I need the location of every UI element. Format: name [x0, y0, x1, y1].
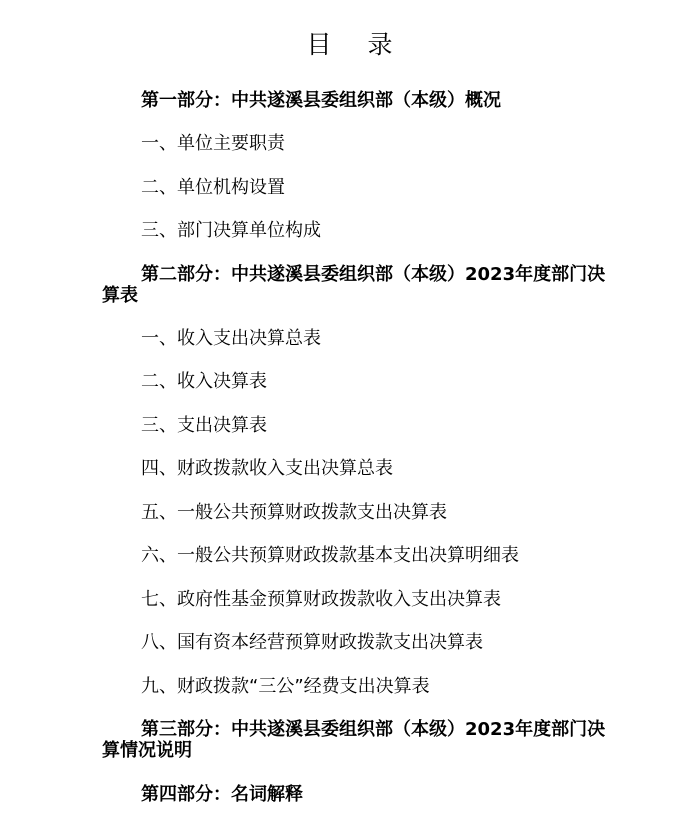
part-4-heading[interactable]: 第四部分：名词解释 [102, 784, 622, 806]
part-2-item-2[interactable]: 二、收入决算表 [141, 371, 661, 393]
part-3-heading[interactable]: 第三部分：中共遂溪县委组织部（本级）2023年度部门决算情况说明 [102, 719, 622, 761]
part-2-item-7[interactable]: 七、政府性基金预算财政拨款收入支出决算表 [141, 589, 661, 611]
part-2-item-4[interactable]: 四、财政拨款收入支出决算总表 [141, 458, 661, 480]
part-1-item-1[interactable]: 一、单位主要职责 [141, 133, 661, 155]
part-1-heading[interactable]: 第一部分：中共遂溪县委组织部（本级）概况 [102, 90, 622, 112]
part-2-item-3[interactable]: 三、支出决算表 [141, 415, 661, 437]
part-2-item-8[interactable]: 八、国有资本经营预算财政拨款支出决算表 [141, 632, 661, 654]
part-1-item-2[interactable]: 二、单位机构设置 [141, 177, 661, 199]
part-2-heading[interactable]: 第二部分：中共遂溪县委组织部（本级）2023年度部门决算表 [102, 264, 622, 306]
part-2-item-5[interactable]: 五、一般公共预算财政拨款支出决算表 [141, 502, 661, 524]
part-2-item-6[interactable]: 六、一般公共预算财政拨款基本支出决算明细表 [141, 545, 661, 567]
part-2-item-1[interactable]: 一、收入支出决算总表 [141, 328, 661, 350]
part-2-item-9[interactable]: 九、财政拨款“三公”经费支出决算表 [141, 676, 661, 698]
part-1-item-3[interactable]: 三、部门决算单位构成 [141, 220, 661, 242]
page-title: 目 录 [0, 28, 699, 62]
